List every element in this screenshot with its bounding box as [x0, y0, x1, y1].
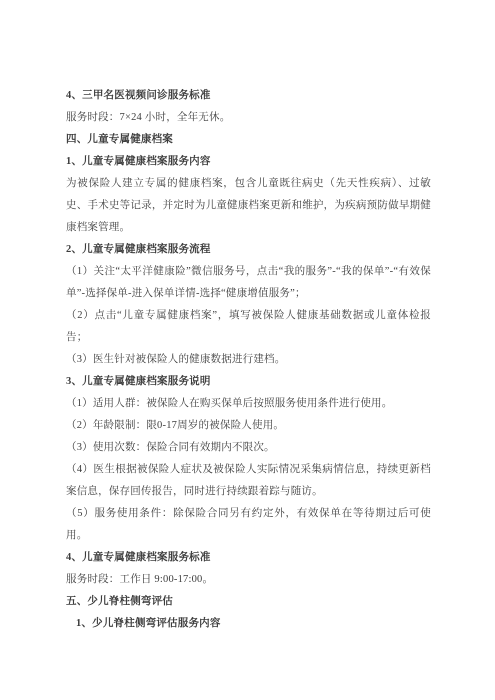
para-archive-process-step3: （3）医生针对被保险人的健康数据进行建档。	[66, 349, 431, 371]
para-archive-note5: （5）服务使用条件：除保险合同另有约定外，有效保单在等待期过后可使用。	[66, 503, 431, 547]
heading-archive-standard: 4、儿童专属健康档案服务标准	[66, 547, 431, 569]
heading-archive-content: 1、儿童专属健康档案服务内容	[66, 151, 431, 173]
chapter-heading-child-health-archive: 四、儿童专属健康档案	[66, 129, 431, 151]
document-page: 4、三甲名医视频问诊服务标准 服务时段：7×24 小时，全年无休。 四、儿童专属…	[0, 0, 495, 700]
text-video-consult-hours: 服务时段：7×24 小时，全年无休。	[66, 107, 431, 129]
para-archive-note2: （2）年龄限制：限0-17周岁的被保险人使用。	[66, 415, 431, 437]
heading-archive-notes: 3、儿童专属健康档案服务说明	[66, 371, 431, 393]
para-archive-note4: （4）医生根据被保险人症状及被保险人实际情况采集病情信息，持续更新档案信息，保存…	[66, 459, 431, 503]
heading-archive-process: 2、儿童专属健康档案服务流程	[66, 239, 431, 261]
chapter-heading-scoliosis-assessment: 五、少儿脊柱侧弯评估	[66, 591, 431, 613]
para-archive-content: 为被保险人建立专属的健康档案，包含儿童既往病史（先天性疾病）、过敏史、手术史等记…	[66, 173, 431, 239]
heading-video-consult-standard: 4、三甲名医视频问诊服务标准	[66, 85, 431, 107]
text-archive-service-hours: 服务时段：工作日 9:00-17:00。	[66, 569, 431, 591]
para-archive-note1: （1）适用人群：被保险人在购买保单后按照服务使用条件进行使用。	[66, 393, 431, 415]
para-archive-note3: （3）使用次数：保险合同有效期内不限次。	[66, 437, 431, 459]
para-archive-process-step2: （2）点击“儿童专属健康档案”，填写被保险人健康基础数据或儿童体检报告；	[66, 305, 431, 349]
heading-scoliosis-content: 1、少儿脊柱侧弯评估服务内容	[66, 613, 431, 635]
para-archive-process-step1: （1）关注“太平洋健康险”微信服务号，点击“我的服务”-“我的保单”-“有效保单…	[66, 261, 431, 305]
